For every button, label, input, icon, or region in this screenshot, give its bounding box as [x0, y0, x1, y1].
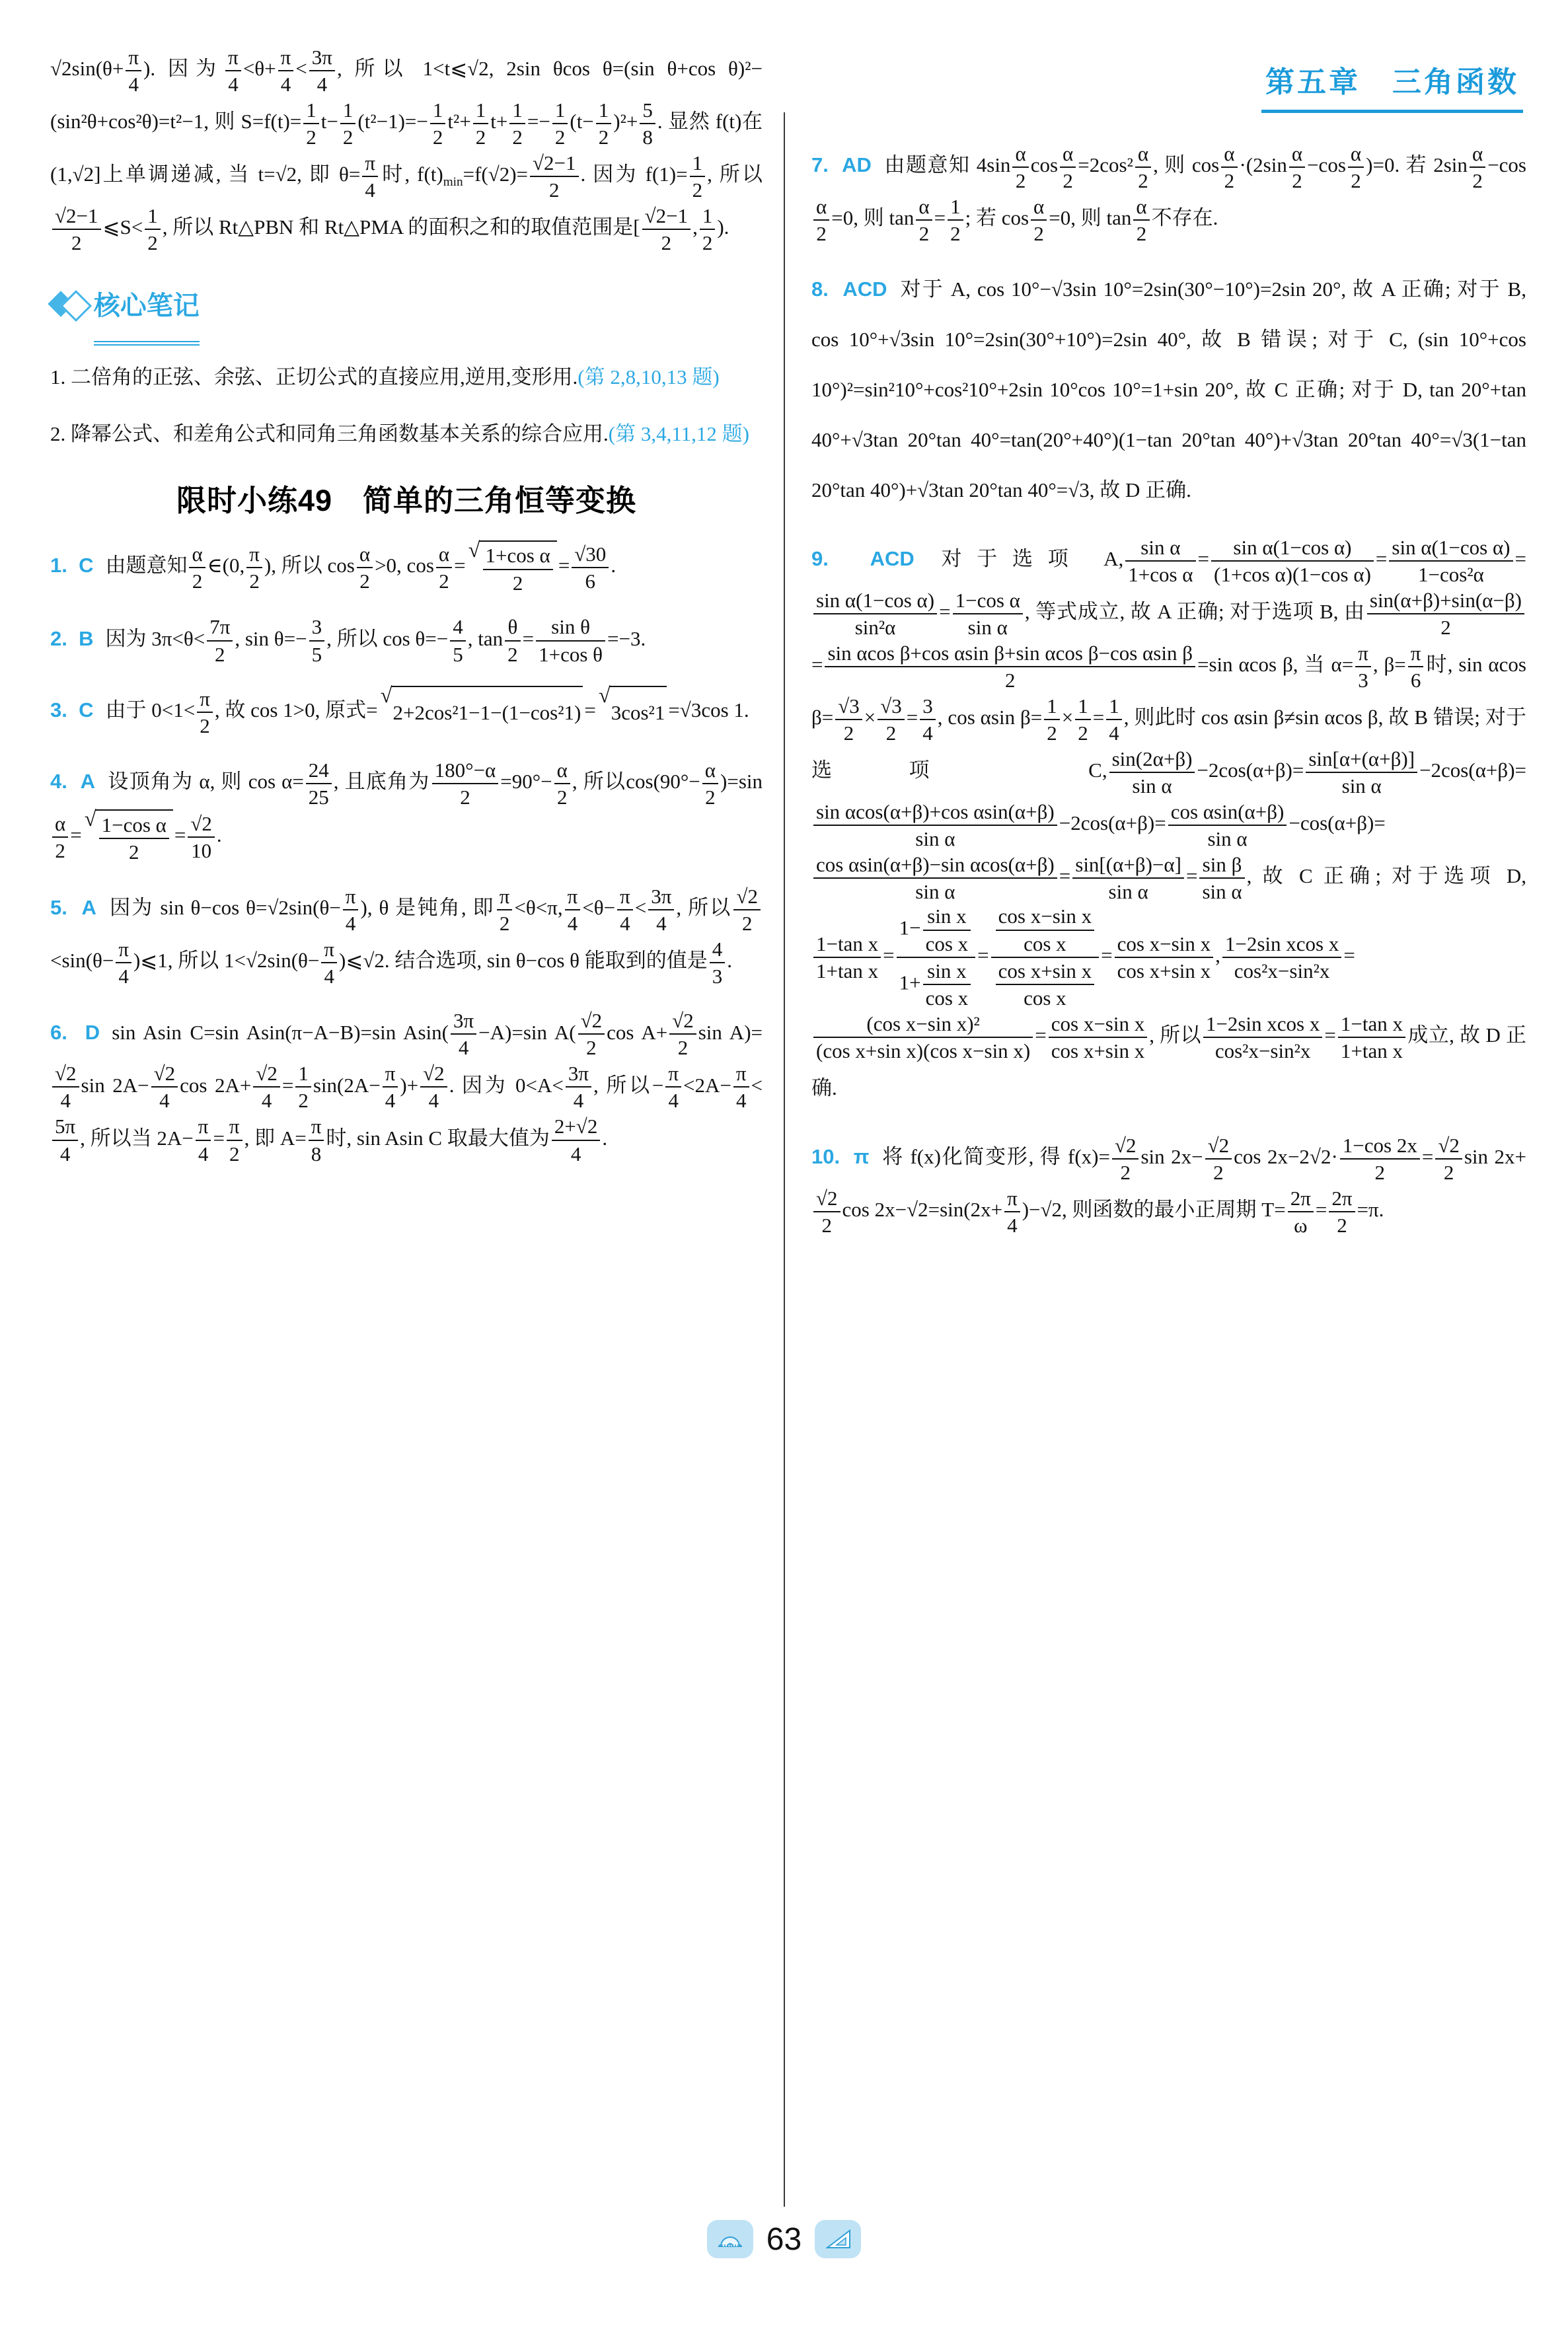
page-number: 63: [766, 2221, 802, 2258]
exercise-title: 限时小练49 简单的三角恒等变换: [50, 482, 763, 521]
chapter-header: 第五章 三角函数: [1237, 58, 1548, 113]
problem-label: 9. ACD: [811, 547, 915, 570]
problem-solution: 对于 A, cos 10°−√3sin 10°=2sin(30°−10°)=2s…: [811, 277, 1526, 501]
problem-solution: 由题意知 4sinα2cosα2=2cos²α2, 则 cosα2·(2sinα…: [811, 153, 1526, 229]
triangle-ruler-icon: [815, 2220, 861, 2258]
problem-number: 1.: [50, 554, 67, 577]
problem-number: 5.: [50, 896, 67, 919]
problem-number: 7.: [811, 153, 829, 176]
problem-item: 9. ACD对于选项 A,sin α1+cos α=sin α(1−cos α)…: [811, 534, 1526, 1113]
problem-answer: ACD: [842, 277, 887, 301]
problem-label: 3. C: [50, 698, 93, 721]
problem-answer: C: [79, 554, 93, 577]
problem-solution: 将 f(x)化简变形, 得 f(x)=√22sin 2x−√22cos 2x−2…: [811, 1145, 1526, 1221]
problem-answer: A: [81, 896, 96, 919]
problem-item: 6. Dsin Asin C=sin Asin(π−A−B)=sin Asin(…: [50, 1008, 763, 1166]
problem-answer: B: [79, 627, 93, 650]
problem-label: 6. D: [50, 1021, 100, 1044]
workbook-page: 第五章 三角函数 √2sin(θ+π4). 因为π4<θ+π4<3π4, 所以 …: [0, 0, 1568, 2325]
core-notes-title: 核心笔记: [94, 274, 200, 346]
problem-label: 4. A: [50, 770, 95, 793]
problem-solution: 对于选项 A,sin α1+cos α=sin α(1−cos α)(1+cos…: [811, 547, 1526, 1099]
problem-solution: 因为 sin θ−cos θ=√2sin(θ−π4), θ 是钝角, 即π2<θ…: [50, 896, 763, 972]
problem-solution: 由于 0<1<π2, 故 cos 1>0, 原式=√2+2cos²1−1−(1−…: [105, 698, 749, 721]
core-notes-list: 1. 二倍角的正弦、余弦、正切公式的直接应用,逆用,变形用.(第 2,8,10,…: [50, 352, 763, 459]
protractor-icon: [707, 2220, 753, 2258]
right-column: 7. AD由题意知 4sinα2cosα2=2cos²α2, 则 cosα2·(…: [811, 140, 1526, 1256]
note-text: 1. 二倍角的正弦、余弦、正切公式的直接应用,逆用,变形用.: [50, 365, 578, 388]
problem-solution: sin Asin C=sin Asin(π−A−B)=sin Asin(3π4−…: [50, 1021, 763, 1150]
problem-solution: 设顶角为 α, 则 cos α=2425, 且底角为180°−α2=90°−α2…: [50, 770, 763, 846]
note-ref: (第 2,8,10,13 题): [578, 365, 719, 388]
problem-solution: 由题意知α2∈(0,π2), 所以 cosα2>0, cosα2=√1+cos …: [105, 554, 616, 577]
note-item: 1. 二倍角的正弦、余弦、正切公式的直接应用,逆用,变形用.(第 2,8,10,…: [50, 352, 763, 402]
problem-item: 4. A设顶角为 α, 则 cos α=2425, 且底角为180°−α2=90…: [50, 757, 763, 864]
problem-number: 2.: [50, 627, 67, 650]
problem-number: 8.: [811, 277, 829, 301]
right-problem-list: 7. AD由题意知 4sinα2cosα2=2cos²α2, 则 cosα2·(…: [811, 140, 1526, 1237]
diamond-icon: [50, 289, 89, 320]
problem-item: 8. ACD对于 A, cos 10°−√3sin 10°=2sin(30°−1…: [811, 264, 1526, 515]
problem-answer: ACD: [870, 547, 915, 570]
core-notes-section: 核心笔记 1. 二倍角的正弦、余弦、正切公式的直接应用,逆用,变形用.(第 2,…: [50, 274, 763, 459]
problem-number: 9.: [811, 547, 829, 570]
page-footer: 63: [0, 2220, 1568, 2258]
problem-label: 2. B: [50, 627, 93, 650]
note-text: 2. 降幂公式、和差角公式和同角三角函数基本关系的综合应用.: [50, 422, 609, 445]
problem-answer: π: [854, 1145, 870, 1168]
problem-item: 3. C由于 0<1<π2, 故 cos 1>0, 原式=√2+2cos²1−1…: [50, 685, 763, 738]
problem-number: 4.: [50, 770, 67, 793]
problem-label: 7. AD: [811, 153, 872, 176]
left-column: √2sin(θ+π4). 因为π4<θ+π4<3π4, 所以 1<t⩽√2, 2…: [50, 44, 763, 1185]
core-notes-header: 核心笔记: [50, 274, 763, 346]
problem-label: 5. A: [50, 896, 96, 919]
problem-answer: C: [79, 698, 93, 721]
problem-item: 7. AD由题意知 4sinα2cosα2=2cos²α2, 则 cosα2·(…: [811, 140, 1526, 246]
problem-number: 10.: [811, 1145, 840, 1168]
problem-answer: D: [85, 1021, 100, 1044]
problem-answer: AD: [842, 153, 872, 176]
problem-item: 2. B因为 3π<θ<7π2, sin θ=−35, 所以 cos θ=−45…: [50, 614, 763, 667]
problem-item: 1. C由题意知α2∈(0,π2), 所以 cosα2>0, cosα2=√1+…: [50, 540, 763, 595]
note-item: 2. 降幂公式、和差角公式和同角三角函数基本关系的综合应用.(第 3,4,11,…: [50, 409, 763, 459]
column-divider: [784, 112, 785, 2207]
problem-label: 8. ACD: [811, 277, 887, 301]
problem-label: 10. π: [811, 1145, 870, 1168]
problem-item: 10. π将 f(x)化简变形, 得 f(x)=√22sin 2x−√22cos…: [811, 1132, 1526, 1237]
problem-number: 3.: [50, 698, 67, 721]
solution-continuation: √2sin(θ+π4). 因为π4<θ+π4<3π4, 所以 1<t⩽√2, 2…: [50, 44, 763, 255]
problem-item: 5. A因为 sin θ−cos θ=√2sin(θ−π4), θ 是钝角, 即…: [50, 883, 763, 988]
problem-number: 6.: [50, 1021, 67, 1044]
problem-solution: 因为 3π<θ<7π2, sin θ=−35, 所以 cos θ=−45, ta…: [105, 627, 646, 650]
problem-label: 1. C: [50, 554, 93, 577]
chapter-title: 第五章 三角函数: [1261, 58, 1523, 113]
problem-answer: A: [81, 770, 95, 793]
left-problem-list: 1. C由题意知α2∈(0,π2), 所以 cosα2>0, cosα2=√1+…: [50, 540, 763, 1166]
note-ref: (第 3,4,11,12 题): [609, 422, 749, 445]
